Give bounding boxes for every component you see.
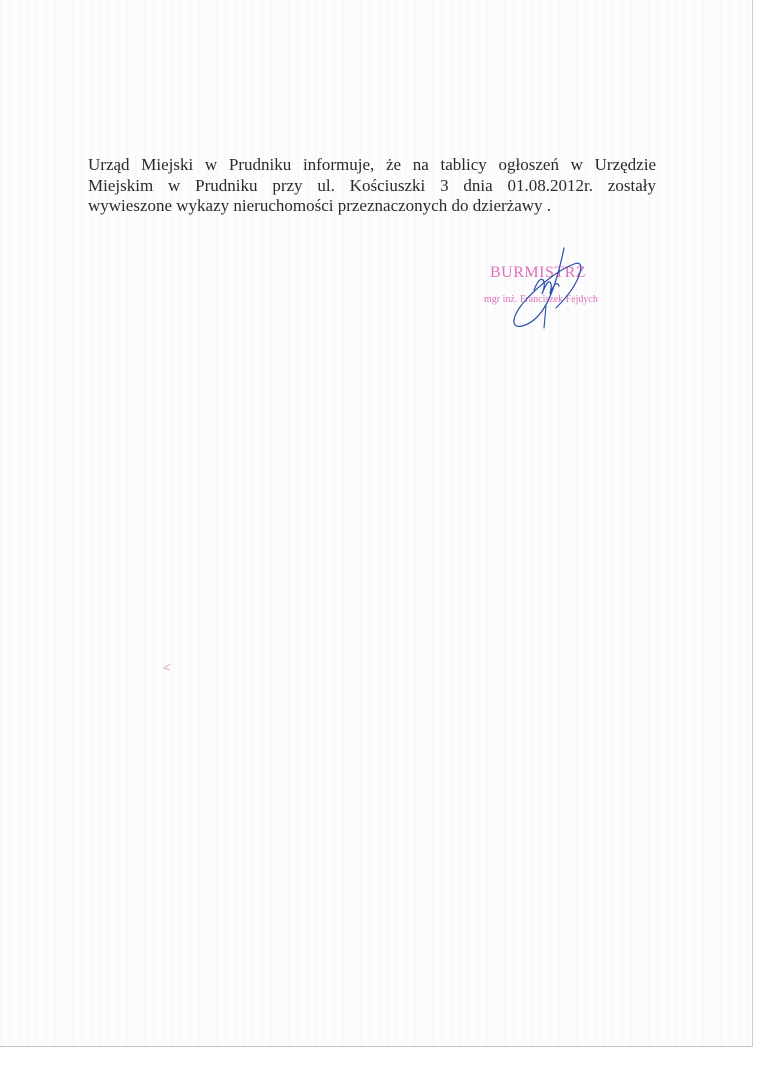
notice-line-2: Miejskim w Prudniku przy ul. Kościuszki …	[88, 176, 656, 197]
handwritten-signature	[498, 246, 588, 331]
notice-body: Urząd Miejski w Prudniku informuje, że n…	[88, 155, 656, 217]
notice-line-3: wywieszone wykazy nieruchomości przeznac…	[88, 196, 656, 217]
scan-artifact-mark	[163, 664, 171, 671]
notice-line-1: Urząd Miejski w Prudniku informuje, że n…	[88, 155, 656, 176]
scanned-page: Urząd Miejski w Prudniku informuje, że n…	[0, 0, 753, 1047]
